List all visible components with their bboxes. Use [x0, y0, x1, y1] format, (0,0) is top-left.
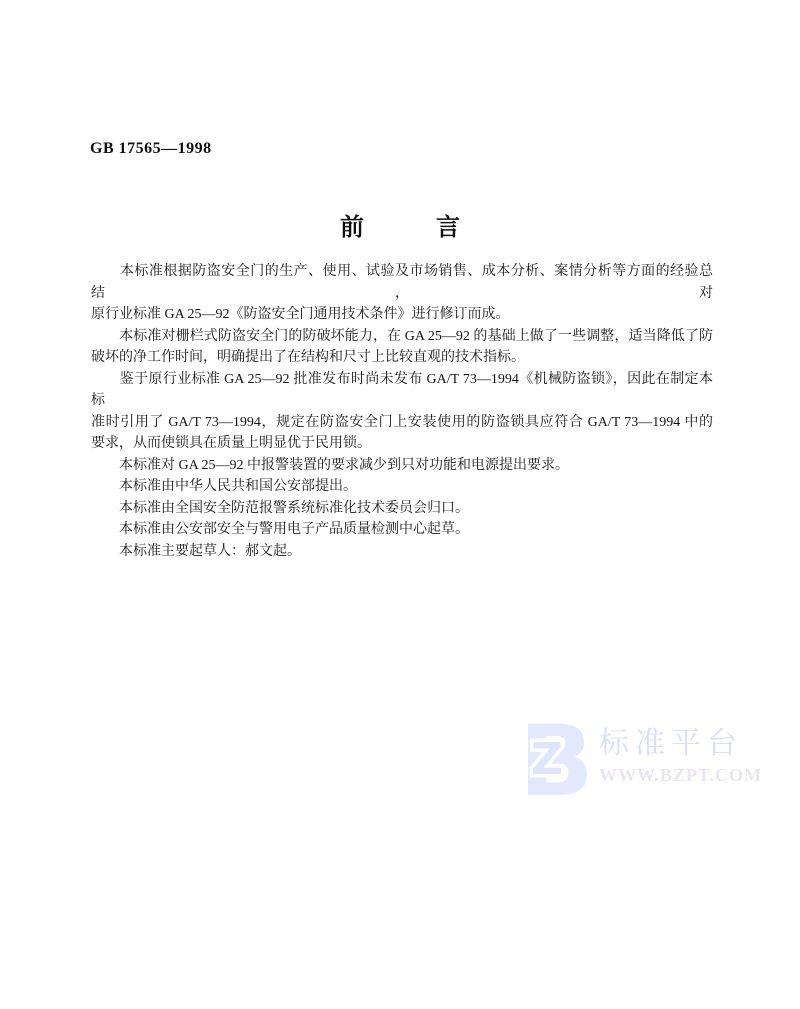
- body-line: 准时引用了 GA/T 73—1994，规定在防盗安全门上安装使用的防盗锁具应符合…: [91, 412, 713, 434]
- body-line: 原行业标准 GA 25—92《防盗安全门通用技术条件》进行修订而成。: [91, 304, 713, 326]
- body-line: 鉴于原行业标准 GA 25—92 批准发布时尚未发布 GA/T 73—1994《…: [91, 369, 713, 412]
- body-line: 本标准由全国安全防范报警系统标准化技术委员会归口。: [91, 498, 713, 520]
- logo-letter-z: Z: [531, 734, 563, 785]
- body-line: 要求，从而使锁具在质量上明显优于民用锁。: [91, 433, 713, 455]
- body-line: 本标准由公安部安全与警用电子产品质量检测中心起草。: [91, 519, 713, 541]
- watermark: B Z 标准平台 WWW.BZPT.COM: [521, 720, 762, 798]
- body-line: 本标准对 GA 25—92 中报警装置的要求减少到只对功能和电源提出要求。: [91, 455, 713, 477]
- watermark-site-name: 标准平台: [599, 727, 762, 761]
- standard-number: GB 17565—1998: [90, 140, 212, 158]
- foreword-title: 前 言: [0, 207, 800, 242]
- document-page: GB 17565—1998 前 言 本标准根据防盗安全门的生产、使用、试验及市场…: [0, 0, 800, 1009]
- body-line: 本标准根据防盗安全门的生产、使用、试验及市场销售、成本分析、案情分析等方面的经验…: [91, 261, 713, 304]
- watermark-text: 标准平台 WWW.BZPT.COM: [599, 720, 762, 785]
- foreword-body: 本标准根据防盗安全门的生产、使用、试验及市场销售、成本分析、案情分析等方面的经验…: [91, 261, 713, 562]
- body-line: 本标准主要起草人：郝文起。: [91, 541, 713, 563]
- watermark-site-url: WWW.BZPT.COM: [599, 765, 762, 785]
- body-line: 本标准对栅栏式防盗安全门的防破坏能力，在 GA 25—92 的基础上做了一些调整…: [91, 326, 713, 348]
- bzpt-logo-icon: B Z: [521, 720, 591, 798]
- body-line: 本标准由中华人民共和国公安部提出。: [91, 476, 713, 498]
- body-line: 破坏的净工作时间，明确提出了在结构和尺寸上比较直观的技术指标。: [91, 347, 713, 369]
